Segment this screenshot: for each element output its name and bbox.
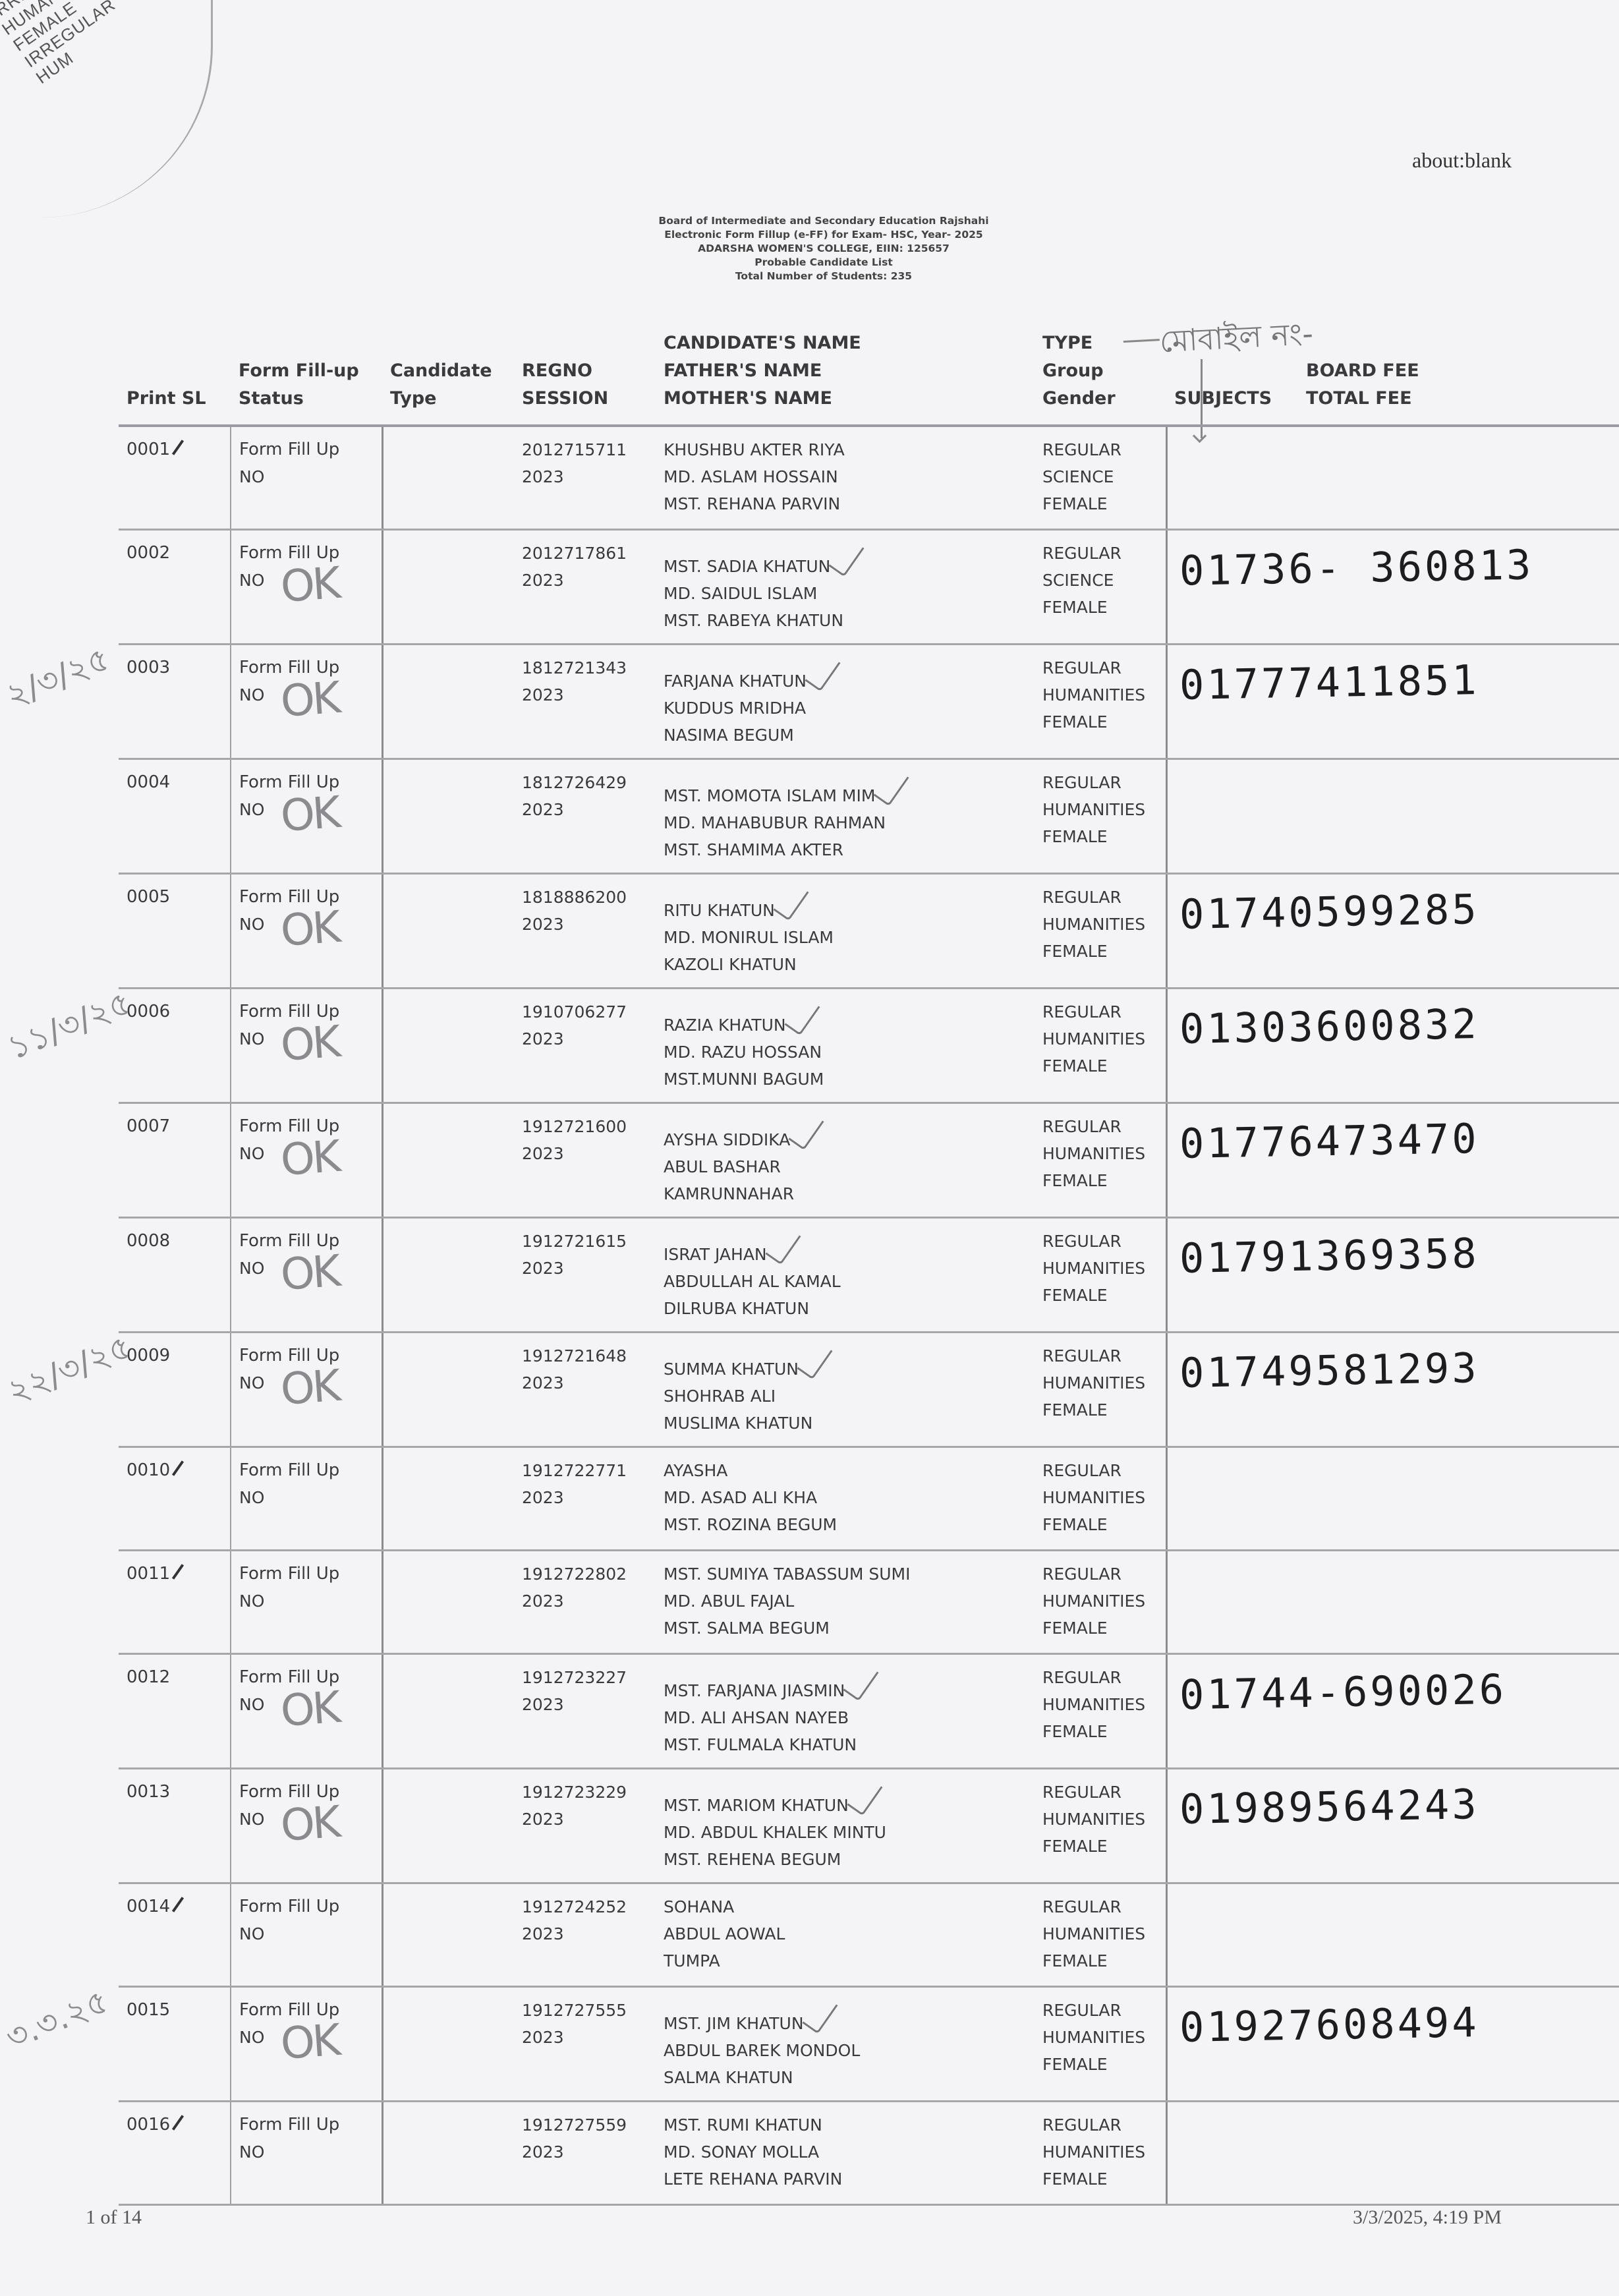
check-mark-icon — [797, 1342, 832, 1380]
regno-cell: 1912723227 2023 — [514, 1654, 656, 1769]
print-sl: 0012 — [127, 1667, 170, 1687]
session: 2023 — [522, 1920, 656, 1947]
type-cell: REGULAR SCIENCE FEMALE — [1035, 426, 1166, 530]
candidate-type-cell — [382, 1333, 514, 1447]
candidate-type: REGULAR — [1042, 654, 1166, 681]
table-row: 0011 Form Fill Up NO 1912722802 2023 MST… — [119, 1551, 1619, 1654]
type-cell: REGULAR HUMANITIES FEMALE — [1035, 1218, 1166, 1333]
status-cell: Form Fill Up NO OK — [231, 530, 382, 645]
names-cell: MST. MOMOTA ISLAM MIM MD. MAHABUBUR RAHM… — [656, 759, 1035, 874]
regno: 1912727559 — [522, 2111, 656, 2138]
handwritten-ok: OK — [280, 1257, 339, 1288]
father-name: ABDUL AOWAL — [664, 1920, 1035, 1947]
table-row: 0008 Form Fill Up NO OK 1912721615 2023 … — [119, 1218, 1619, 1333]
handwritten-date: ১১/৩/২৫ — [5, 989, 134, 1062]
print-sl-cell: 0012 — [119, 1654, 231, 1769]
regno-cell: 1912724252 2023 — [514, 1883, 656, 1987]
print-sl-cell: 0004 — [119, 759, 231, 874]
regno-cell: 1912727559 2023 — [514, 2102, 656, 2205]
type-cell: REGULAR HUMANITIES FEMALE — [1035, 1551, 1166, 1654]
regno-cell: 2012717861 2023 — [514, 530, 656, 645]
print-sl-cell: 0011 — [119, 1551, 231, 1654]
gender: FEMALE — [1042, 938, 1166, 965]
regno: 1912723229 — [522, 1779, 656, 1806]
header-names: CANDIDATE'S NAMEFATHER'S NAMEMOTHER'S NA… — [656, 330, 1035, 426]
handwritten-phone: 01989564243 — [1179, 1791, 1479, 1823]
type-cell: REGULAR HUMANITIES FEMALE — [1035, 759, 1166, 874]
check-mark-icon — [784, 998, 820, 1036]
fillup-flag: NO — [239, 2138, 382, 2166]
father-name: MD. RAZU HOSSAN — [664, 1039, 1035, 1066]
regno: 1912722771 — [522, 1457, 656, 1484]
candidate-type-cell — [382, 1654, 514, 1769]
status-cell: Form Fill Up NO OK — [231, 1654, 382, 1769]
father-name: MD. MAHABUBUR RAHMAN — [664, 809, 1035, 836]
candidate-type: REGULAR — [1042, 1457, 1166, 1484]
candidate-type: REGULAR — [1042, 1228, 1166, 1255]
header-subjects: SUBJECTS — [1166, 330, 1298, 426]
session: 2023 — [522, 796, 656, 823]
mother-name: MST.MUNNI BAGUM — [664, 1066, 1035, 1093]
handwritten-ok: OK — [280, 1808, 339, 1839]
handwritten-date: ৩.৩.২৫ — [3, 1987, 111, 2052]
handwritten-phone: 01303600832 — [1179, 1010, 1479, 1043]
father-name: KUDDUS MRIDHA — [664, 695, 1035, 722]
group: HUMANITIES — [1042, 1025, 1166, 1052]
type-cell: REGULAR HUMANITIES FEMALE — [1035, 2102, 1166, 2205]
handwritten-ok: OK — [280, 913, 339, 944]
form-fill-status: Form Fill Up — [239, 1893, 382, 1920]
status-cell: Form Fill Up NO OK — [231, 1333, 382, 1447]
fillup-flag: NO — [239, 1484, 382, 1511]
stamp-arc-decoration — [40, 0, 213, 217]
candidate-name: RITU KHATUN — [664, 884, 1035, 924]
table-row: 0001 Form Fill Up NO 2012715711 2023 KHU… — [119, 426, 1619, 530]
table-row: 0010 Form Fill Up NO 1912722771 2023 AYA… — [119, 1447, 1619, 1551]
type-cell: REGULAR HUMANITIES FEMALE — [1035, 1333, 1166, 1447]
gender: FEMALE — [1042, 1615, 1166, 1642]
print-sl-cell: 0005 — [119, 874, 231, 989]
mother-name: DILRUBA KHATUN — [664, 1295, 1035, 1322]
candidate-type-cell — [382, 1769, 514, 1883]
mother-name: MST. REHENA BEGUM — [664, 1846, 1035, 1873]
handwritten-phone: 01776473470 — [1179, 1125, 1479, 1157]
session: 2023 — [522, 1806, 656, 1833]
candidate-name: RAZIA KHATUN — [664, 998, 1035, 1039]
check-mark-icon — [802, 1997, 838, 2034]
type-cell: REGULAR HUMANITIES FEMALE — [1035, 645, 1166, 759]
candidate-name: ISRAT JAHAN — [664, 1228, 1035, 1268]
print-sl-cell: ২/৩/২৫ 0003 — [119, 645, 231, 759]
gender: FEMALE — [1042, 823, 1166, 850]
list-title: Probable Candidate List — [593, 256, 1054, 270]
page-number: 1 of 14 — [86, 2206, 142, 2229]
handwritten-phone: 01736- 360813 — [1179, 551, 1533, 584]
session: 2023 — [522, 1255, 656, 1282]
names-cell: SOHANA ABDUL AOWAL TUMPA — [656, 1883, 1035, 1987]
candidate-type: REGULAR — [1042, 1561, 1166, 1588]
mother-name: MST. SALMA BEGUM — [664, 1615, 1035, 1642]
print-sl-cell: 0002 — [119, 530, 231, 645]
names-cell: MST. SUMIYA TABASSUM SUMI MD. ABUL FAJAL… — [656, 1551, 1035, 1654]
names-cell: KHUSHBU AKTER RIYA MD. ASLAM HOSSAIN MST… — [656, 426, 1035, 530]
session: 2023 — [522, 2024, 656, 2051]
tick-mark-icon — [172, 440, 184, 455]
form-fill-status: Form Fill Up — [239, 1457, 382, 1484]
candidate-type-cell — [382, 426, 514, 530]
table-row: ১১/৩/২৫ 0006 Form Fill Up NO OK 19107062… — [119, 989, 1619, 1103]
candidate-name: MST. RUMI KHATUN — [664, 2111, 1035, 2138]
candidate-type-cell — [382, 989, 514, 1103]
gender: FEMALE — [1042, 1052, 1166, 1079]
status-cell: Form Fill Up NO — [231, 426, 382, 530]
type-cell: REGULAR HUMANITIES FEMALE — [1035, 1883, 1166, 1987]
handwritten-ok: OK — [280, 799, 339, 830]
father-name: SHOHRAB ALI — [664, 1383, 1035, 1410]
mother-name: TUMPA — [664, 1947, 1035, 1974]
print-sl-cell: 0016 — [119, 2102, 231, 2205]
names-cell: SUMMA KHATUN SHOHRAB ALI MUSLIMA KHATUN — [656, 1333, 1035, 1447]
exam-subtitle: Electronic Form Fillup (e-FF) for Exam- … — [593, 228, 1054, 242]
print-sl-cell: 0010 — [119, 1447, 231, 1551]
table-row: 0016 Form Fill Up NO 1912727559 2023 MST… — [119, 2102, 1619, 2205]
candidate-type: REGULAR — [1042, 998, 1166, 1025]
header-fee: BOARD FEETOTAL FEE — [1298, 330, 1619, 426]
candidate-type-cell — [382, 530, 514, 645]
candidate-type: REGULAR — [1042, 1113, 1166, 1140]
form-fill-status: Form Fill Up — [239, 2111, 382, 2138]
names-cell: RITU KHATUN MD. MONIRUL ISLAM KAZOLI KHA… — [656, 874, 1035, 989]
total-students: Total Number of Students: 235 — [593, 270, 1054, 283]
regno: 1912721615 — [522, 1228, 656, 1255]
regno-cell: 2012715711 2023 — [514, 426, 656, 530]
handwritten-phone: 01740599285 — [1179, 896, 1479, 928]
check-mark-icon — [765, 1228, 801, 1265]
subjects-fee-cell: 01749581293 — [1166, 1333, 1619, 1447]
header-candidate-type: CandidateType — [382, 330, 514, 426]
status-cell: Form Fill Up NO OK — [231, 1103, 382, 1218]
candidate-type-cell — [382, 1551, 514, 1654]
type-cell: REGULAR HUMANITIES FEMALE — [1035, 874, 1166, 989]
tick-mark-icon — [172, 2115, 184, 2131]
names-cell: FARJANA KHATUN KUDDUS MRIDHA NASIMA BEGU… — [656, 645, 1035, 759]
gender: FEMALE — [1042, 1396, 1166, 1423]
print-sl: 0016 — [127, 2115, 170, 2135]
candidate-name: SUMMA KHATUN — [664, 1342, 1035, 1383]
gender: FEMALE — [1042, 1282, 1166, 1309]
subjects-fee-cell: 01989564243 — [1166, 1769, 1619, 1883]
mother-name: MST. SHAMIMA AKTER — [664, 836, 1035, 863]
father-name: MD. ASAD ALI KHA — [664, 1484, 1035, 1511]
regno-cell: 1912722771 2023 — [514, 1447, 656, 1551]
print-sl-cell: 0014 — [119, 1883, 231, 1987]
session: 2023 — [522, 1588, 656, 1615]
table-row: 0007 Form Fill Up NO OK 1912721600 2023 … — [119, 1103, 1619, 1218]
session: 2023 — [522, 1025, 656, 1052]
mother-name: MST. REHANA PARVIN — [664, 490, 1035, 517]
table-row: ২২/৩/২৫ 0009 Form Fill Up NO OK 19127216… — [119, 1333, 1619, 1447]
form-fill-status: Form Fill Up — [239, 436, 382, 463]
type-cell: REGULAR HUMANITIES FEMALE — [1035, 1447, 1166, 1551]
status-cell: Form Fill Up NO — [231, 1551, 382, 1654]
group: HUMANITIES — [1042, 1920, 1166, 1947]
handwritten-date: ২২/৩/২৫ — [5, 1333, 134, 1406]
names-cell: MST. FARJANA JIASMIN MD. ALI AHSAN NAYEB… — [656, 1654, 1035, 1769]
father-name: MD. MONIRUL ISLAM — [664, 924, 1035, 951]
regno-cell: 1912727555 2023 — [514, 1987, 656, 2102]
session: 2023 — [522, 2138, 656, 2166]
table-row: ৩.৩.২৫ 0015 Form Fill Up NO OK 191272755… — [119, 1987, 1619, 2102]
status-cell: Form Fill Up NO OK — [231, 1987, 382, 2102]
group: HUMANITIES — [1042, 2138, 1166, 2166]
gender: FEMALE — [1042, 1947, 1166, 1974]
candidate-type-cell — [382, 874, 514, 989]
subjects-fee-cell — [1166, 2102, 1619, 2205]
names-cell: ISRAT JAHAN ABDULLAH AL KAMAL DILRUBA KH… — [656, 1218, 1035, 1333]
group: HUMANITIES — [1042, 796, 1166, 823]
status-cell: Form Fill Up NO OK — [231, 989, 382, 1103]
names-cell: AYSHA SIDDIKA ABUL BASHAR KAMRUNNAHAR — [656, 1103, 1035, 1218]
check-mark-icon — [805, 654, 840, 692]
header-print-sl: Print SL — [119, 330, 231, 426]
group: SCIENCE — [1042, 463, 1166, 490]
subjects-fee-cell — [1166, 1551, 1619, 1654]
regno: 2012717861 — [522, 540, 656, 567]
father-name: MD. ABDUL KHALEK MINTU — [664, 1819, 1035, 1846]
candidate-name: MST. SUMIYA TABASSUM SUMI — [664, 1561, 1035, 1588]
type-cell: REGULAR HUMANITIES FEMALE — [1035, 989, 1166, 1103]
print-sl-cell: ২২/৩/২৫ 0009 — [119, 1333, 231, 1447]
candidate-name: AYASHA — [664, 1457, 1035, 1484]
subjects-fee-cell: 01303600832 — [1166, 989, 1619, 1103]
group: HUMANITIES — [1042, 1369, 1166, 1396]
candidate-type-cell — [382, 645, 514, 759]
status-cell: Form Fill Up NO — [231, 2102, 382, 2205]
group: HUMANITIES — [1042, 1140, 1166, 1167]
subjects-fee-cell — [1166, 759, 1619, 874]
subjects-fee-cell — [1166, 1883, 1619, 1987]
type-cell: REGULAR HUMANITIES FEMALE — [1035, 1654, 1166, 1769]
print-sl: 0010 — [127, 1460, 170, 1480]
candidate-type: REGULAR — [1042, 1779, 1166, 1806]
table-row: 0014 Form Fill Up NO 1912724252 2023 SOH… — [119, 1883, 1619, 1987]
check-mark-icon — [789, 1113, 824, 1151]
type-cell: REGULAR HUMANITIES FEMALE — [1035, 1769, 1166, 1883]
candidate-type: REGULAR — [1042, 540, 1166, 567]
candidate-name: AYSHA SIDDIKA — [664, 1113, 1035, 1153]
subjects-fee-cell: 01776473470 — [1166, 1103, 1619, 1218]
print-sl: 0001 — [127, 440, 170, 459]
handwritten-phone: 01791369358 — [1179, 1240, 1479, 1272]
regno: 1912722802 — [522, 1561, 656, 1588]
regno: 1818886200 — [522, 884, 656, 911]
mother-name: KAZOLI KHATUN — [664, 951, 1035, 978]
group: HUMANITIES — [1042, 2024, 1166, 2051]
regno-cell: 1812726429 2023 — [514, 759, 656, 874]
header-type: TYPEGroupGender — [1035, 330, 1166, 426]
print-sl: 0008 — [127, 1231, 170, 1251]
document-header: Board of Intermediate and Secondary Educ… — [593, 214, 1054, 283]
regno: 1912721600 — [522, 1113, 656, 1140]
print-timestamp: 3/3/2025, 4:19 PM — [1353, 2206, 1502, 2229]
subjects-fee-cell: 01736- 360813 — [1166, 530, 1619, 645]
subjects-fee-cell: 01777411851 — [1166, 645, 1619, 759]
handwritten-ok: OK — [280, 1372, 339, 1403]
gender: FEMALE — [1042, 1718, 1166, 1745]
mother-name: NASIMA BEGUM — [664, 722, 1035, 749]
group: HUMANITIES — [1042, 1255, 1166, 1282]
board-name: Board of Intermediate and Secondary Educ… — [593, 214, 1054, 228]
status-cell: Form Fill Up NO OK — [231, 759, 382, 874]
handwritten-date: ২/৩/২৫ — [3, 645, 113, 710]
print-sl: 0007 — [127, 1116, 170, 1136]
candidate-type-cell — [382, 1218, 514, 1333]
gender: FEMALE — [1042, 1511, 1166, 1538]
gender: FEMALE — [1042, 1167, 1166, 1194]
table-row: 0005 Form Fill Up NO OK 1818886200 2023 … — [119, 874, 1619, 989]
table-row: 0002 Form Fill Up NO OK 2012717861 2023 … — [119, 530, 1619, 645]
gender: FEMALE — [1042, 708, 1166, 735]
regno: 2012715711 — [522, 436, 656, 463]
table-header-row: Print SL Form Fill-upStatus CandidateTyp… — [119, 330, 1619, 426]
father-name: ABDUL BAREK MONDOL — [664, 2037, 1035, 2064]
status-cell: Form Fill Up NO — [231, 1447, 382, 1551]
print-sl: 0011 — [127, 1564, 170, 1584]
group: HUMANITIES — [1042, 1484, 1166, 1511]
gender: FEMALE — [1042, 594, 1166, 621]
gender: FEMALE — [1042, 2166, 1166, 2193]
check-mark-icon — [874, 769, 909, 807]
print-sl-cell: ৩.৩.২৫ 0015 — [119, 1987, 231, 2102]
print-sl-cell: 0008 — [119, 1218, 231, 1333]
regno: 1912727555 — [522, 1997, 656, 2024]
group: HUMANITIES — [1042, 911, 1166, 938]
regno-cell: 1812721343 2023 — [514, 645, 656, 759]
father-name: MD. ALI AHSAN NAYEB — [664, 1704, 1035, 1731]
print-sl-cell: ১১/৩/২৫ 0006 — [119, 989, 231, 1103]
group: HUMANITIES — [1042, 1691, 1166, 1718]
handwritten-ok: OK — [280, 684, 339, 715]
handwritten-ok: OK — [280, 2026, 339, 2057]
print-sl-cell: 0007 — [119, 1103, 231, 1218]
names-cell: MST. JIM KHATUN ABDUL BAREK MONDOL SALMA… — [656, 1987, 1035, 2102]
mother-name: MST. ROZINA BEGUM — [664, 1511, 1035, 1538]
handwritten-ok: OK — [280, 1694, 339, 1725]
mother-name: LETE REHANA PARVIN — [664, 2166, 1035, 2193]
print-sl: 0014 — [127, 1897, 170, 1916]
candidate-type: REGULAR — [1042, 884, 1166, 911]
candidate-name: MST. MARIOM KHATUN — [664, 1779, 1035, 1819]
candidate-type: REGULAR — [1042, 1893, 1166, 1920]
type-cell: REGULAR SCIENCE FEMALE — [1035, 530, 1166, 645]
gender: FEMALE — [1042, 490, 1166, 517]
father-name: MD. ASLAM HOSSAIN — [664, 463, 1035, 490]
names-cell: MST. SADIA KHATUN MD. SAIDUL ISLAM MST. … — [656, 530, 1035, 645]
session: 2023 — [522, 1484, 656, 1511]
subjects-fee-cell: 01791369358 — [1166, 1218, 1619, 1333]
regno-cell: 1912721615 2023 — [514, 1218, 656, 1333]
candidate-name: MST. JIM KHATUN — [664, 1997, 1035, 2037]
mother-name: SALMA KHATUN — [664, 2064, 1035, 2091]
mother-name: MST. RABEYA KHATUN — [664, 607, 1035, 634]
candidate-type: REGULAR — [1042, 1664, 1166, 1691]
subjects-fee-cell: 01744-690026 — [1166, 1654, 1619, 1769]
fillup-flag: NO — [239, 1920, 382, 1947]
candidate-type-cell — [382, 1883, 514, 1987]
status-cell: Form Fill Up NO OK — [231, 1769, 382, 1883]
candidate-type-cell — [382, 759, 514, 874]
candidate-type: REGULAR — [1042, 1342, 1166, 1369]
subjects-fee-cell: 01740599285 — [1166, 874, 1619, 989]
gender: FEMALE — [1042, 1833, 1166, 1860]
regno-cell: 1910706277 2023 — [514, 989, 656, 1103]
fillup-flag: NO — [239, 463, 382, 490]
group: HUMANITIES — [1042, 1588, 1166, 1615]
subjects-fee-cell — [1166, 1447, 1619, 1551]
session: 2023 — [522, 681, 656, 708]
print-sl: 0004 — [127, 772, 170, 792]
tick-mark-icon — [172, 1564, 184, 1580]
handwritten-ok: OK — [280, 1028, 339, 1059]
names-cell: MST. RUMI KHATUN MD. SONAY MOLLA LETE RE… — [656, 2102, 1035, 2205]
session: 2023 — [522, 1691, 656, 1718]
father-name: MD. SAIDUL ISLAM — [664, 580, 1035, 607]
session: 2023 — [522, 463, 656, 490]
names-cell: AYASHA MD. ASAD ALI KHA MST. ROZINA BEGU… — [656, 1447, 1035, 1551]
subjects-fee-cell — [1166, 426, 1619, 530]
print-sl: 0005 — [127, 887, 170, 907]
mother-name: KAMRUNNAHAR — [664, 1180, 1035, 1207]
candidate-type: REGULAR — [1042, 769, 1166, 796]
print-sl: 0002 — [127, 543, 170, 563]
regno-cell: 1818886200 2023 — [514, 874, 656, 989]
candidate-name: MST. FARJANA JIASMIN — [664, 1664, 1035, 1704]
father-name: ABDULLAH AL KAMAL — [664, 1268, 1035, 1295]
candidate-type-cell — [382, 1103, 514, 1218]
subjects-fee-cell: 01927608494 — [1166, 1987, 1619, 2102]
table-row: 0004 Form Fill Up NO OK 1812726429 2023 … — [119, 759, 1619, 874]
type-cell: REGULAR HUMANITIES FEMALE — [1035, 1987, 1166, 2102]
header-status: Form Fill-upStatus — [231, 330, 382, 426]
status-cell: Form Fill Up NO OK — [231, 645, 382, 759]
header-regno: REGNOSESSION — [514, 330, 656, 426]
session: 2023 — [522, 1140, 656, 1167]
print-sl: 0013 — [127, 1782, 170, 1802]
mother-name: MST. FULMALA KHATUN — [664, 1731, 1035, 1758]
regno-cell: 1912721600 2023 — [514, 1103, 656, 1218]
table-row: ২/৩/২৫ 0003 Form Fill Up NO OK 181272134… — [119, 645, 1619, 759]
handwritten-phone: 01749581293 — [1179, 1354, 1479, 1387]
handwritten-phone: 01777411851 — [1179, 666, 1479, 699]
college-name: ADARSHA WOMEN'S COLLEGE, EIIN: 125657 — [593, 242, 1054, 256]
candidate-name: KHUSHBU AKTER RIYA — [664, 436, 1035, 463]
check-mark-icon — [829, 540, 865, 577]
handwritten-ok: OK — [280, 1143, 339, 1174]
candidate-type-cell — [382, 1447, 514, 1551]
group: HUMANITIES — [1042, 681, 1166, 708]
type-cell: REGULAR HUMANITIES FEMALE — [1035, 1103, 1166, 1218]
gender: FEMALE — [1042, 2051, 1166, 2078]
status-cell: Form Fill Up NO OK — [231, 874, 382, 989]
session: 2023 — [522, 567, 656, 594]
check-mark-icon — [847, 1779, 882, 1816]
session: 2023 — [522, 911, 656, 938]
handwritten-ok: OK — [280, 569, 339, 600]
father-name: MD. SONAY MOLLA — [664, 2138, 1035, 2166]
print-sl: 0015 — [127, 2000, 170, 2020]
regno: 1912721648 — [522, 1342, 656, 1369]
tick-mark-icon — [172, 1897, 184, 1912]
